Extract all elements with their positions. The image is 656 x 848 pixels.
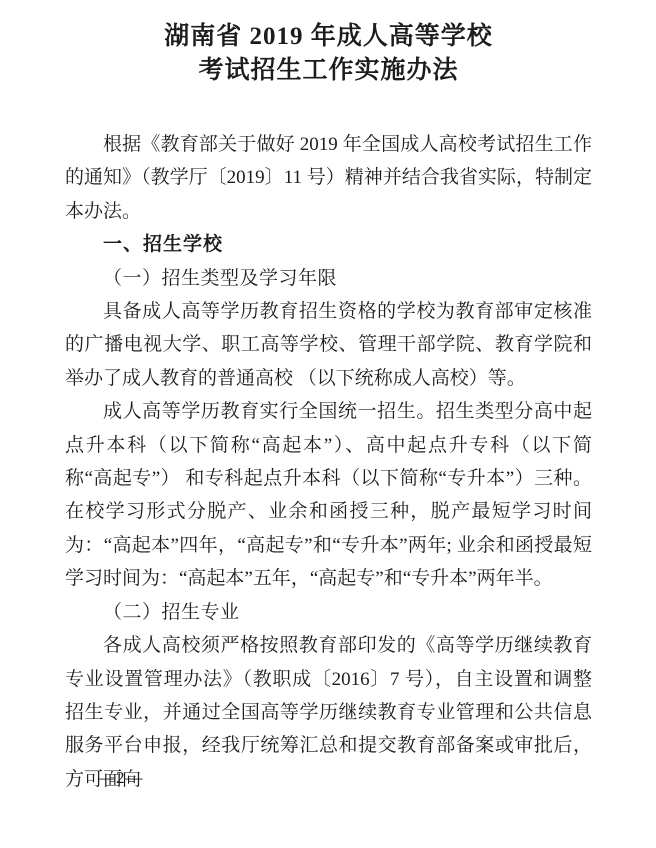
subsection-heading: （一）招生类型及学习年限 — [65, 262, 592, 295]
paragraph: 根据《教育部关于做好 2019 年全国成人高校考试招生工作的通知》（教学厅〔20… — [65, 128, 592, 228]
title-line-1: 湖南省 2019 年成人高等学校 — [65, 20, 592, 54]
page-number: —2— — [98, 768, 144, 788]
document-page: 湖南省 2019 年成人高等学校 考试招生工作实施办法 根据《教育部关于做好 2… — [0, 0, 656, 848]
paragraph: 具备成人高等学历教育招生资格的学校为教育部审定核准的广播电视大学、职工高等学校、… — [65, 295, 592, 395]
title-line-2: 考试招生工作实施办法 — [65, 54, 592, 88]
document-body: 根据《教育部关于做好 2019 年全国成人高校考试招生工作的通知》（教学厅〔20… — [65, 128, 592, 796]
document-title: 湖南省 2019 年成人高等学校 考试招生工作实施办法 — [65, 20, 592, 88]
paragraph: 成人高等学历教育实行全国统一招生。招生类型分高中起点升本科（以下简称“高起本”）… — [65, 395, 592, 595]
subsection-heading: （二）招生专业 — [65, 596, 592, 629]
paragraph: 各成人高校须严格按照教育部印发的《高等学历继续教育专业设置管理办法》（教职成〔2… — [65, 629, 592, 796]
section-heading: 一、招生学校 — [65, 228, 592, 261]
